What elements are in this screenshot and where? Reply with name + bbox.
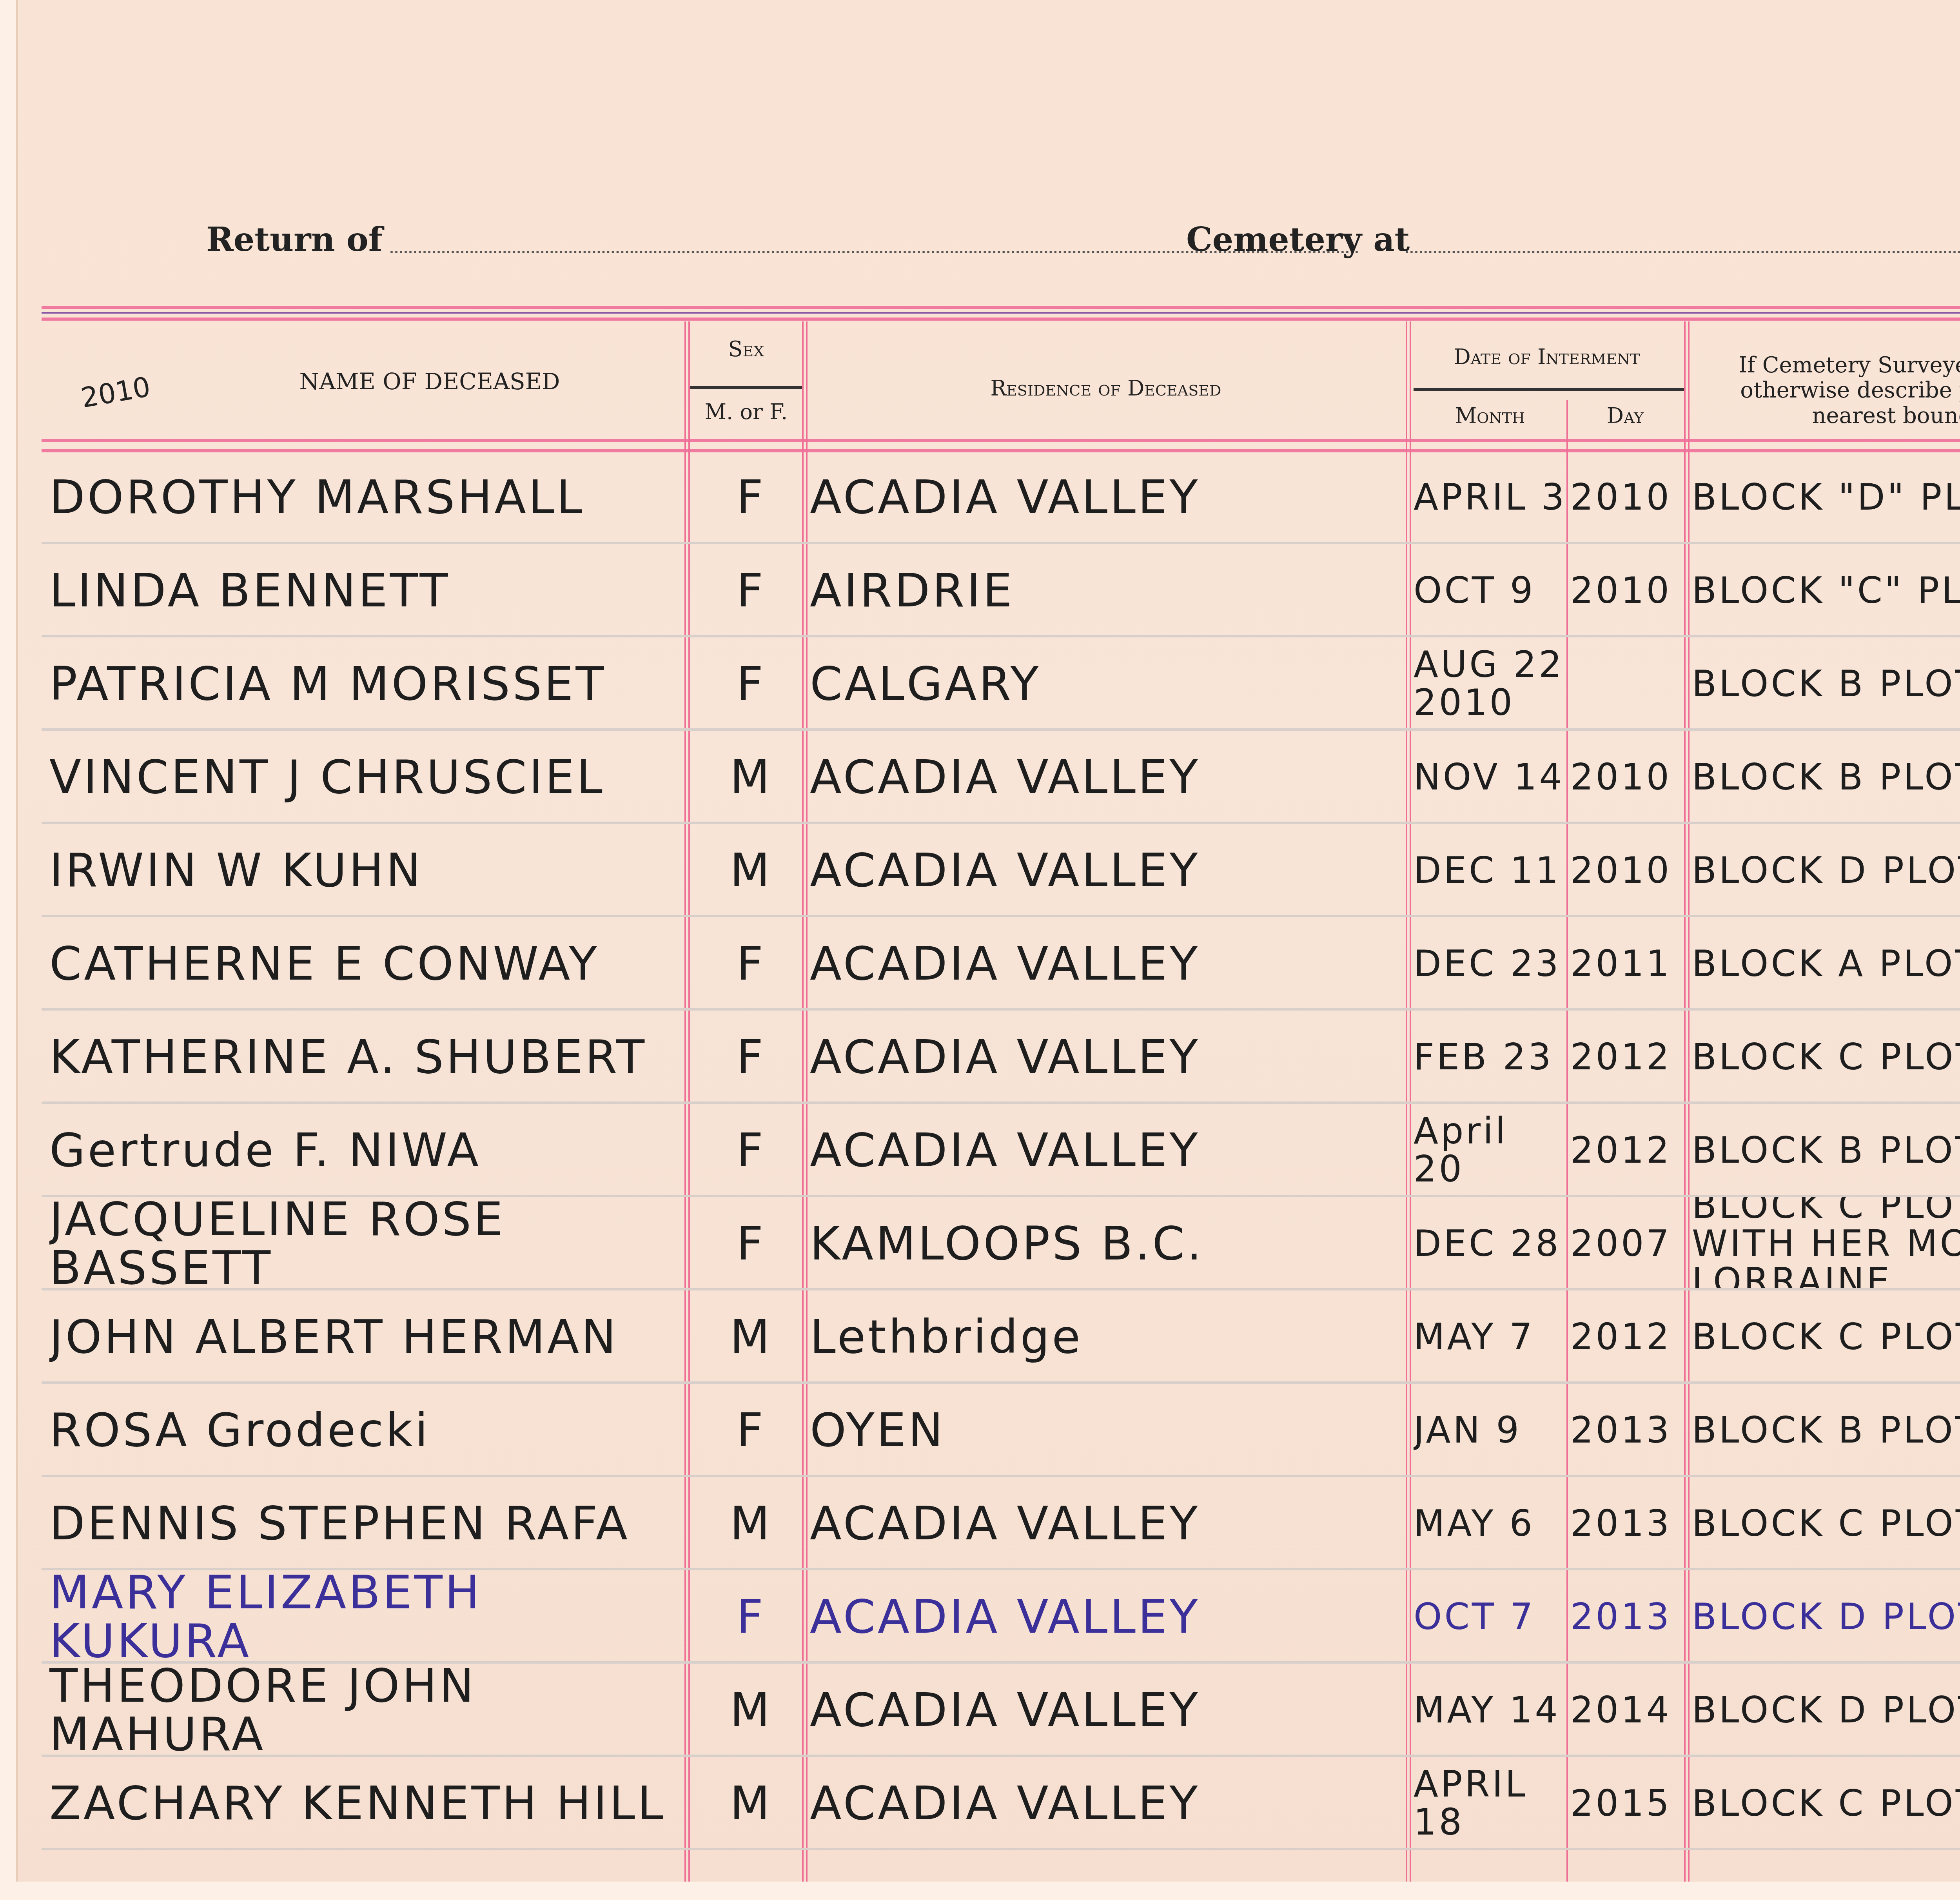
cell-residence: ACADIA VALLEY: [810, 451, 1406, 544]
cell-month: DEC 11: [1414, 824, 1570, 917]
cell-name: THEODORE JOHN MAHURA: [49, 1664, 692, 1757]
cell-name: CATHERNE E CONWAY: [49, 917, 692, 1011]
table-row: JOHN ALBERT HERMANMLethbridgeMAY 72012BL…: [42, 1290, 1960, 1384]
cell-residence: CALGARY: [810, 637, 1406, 731]
header-top-rule: [42, 306, 1960, 321]
cell-month: FEB 23: [1414, 1011, 1570, 1104]
cell-name: Gertrude F. NIWA: [49, 1104, 692, 1197]
cell-day: 2014: [1570, 1664, 1688, 1757]
cell-residence: Lethbridge: [810, 1290, 1406, 1384]
cell-sex: F: [692, 637, 810, 731]
cell-name: VINCENT J CHRUSCIEL: [49, 731, 692, 824]
table-row: Gertrude F. NIWAFACADIA VALLEYApril 2020…: [42, 1104, 1960, 1197]
cell-name: DOROTHY MARSHALL: [49, 451, 692, 544]
cell-sex: M: [692, 1477, 810, 1570]
title-cemetery-at: Cemetery at: [1186, 220, 1410, 259]
header-month: Month: [1414, 404, 1566, 428]
cell-month: DEC 28: [1414, 1197, 1570, 1290]
cell-lot: BLOCK C PLOT 24: [1692, 1477, 1960, 1570]
header-day: Day: [1570, 404, 1680, 428]
cell-month: April 20: [1414, 1104, 1570, 1197]
header-sex-sub: M. or F.: [690, 400, 802, 424]
header-bottom-rule: [42, 439, 1960, 452]
table-row: JACQUELINE ROSE BASSETTFKAMLOOPS B.C.DEC…: [42, 1197, 1960, 1290]
cell-residence: OYEN: [810, 1384, 1406, 1477]
cell-name: PATRICIA M MORISSET: [49, 637, 692, 731]
cell-sex: M: [692, 1757, 810, 1850]
cell-residence: ACADIA VALLEY: [810, 1104, 1406, 1197]
cell-name: DENNIS STEPHEN RAFA: [49, 1477, 692, 1570]
cell-month: APRIL 3: [1414, 451, 1570, 544]
header-date: Date of Interment: [1414, 345, 1680, 369]
cell-day: 2012: [1570, 1290, 1688, 1384]
cell-lot: BLOCK C PLOT 36 WITH HER MOTHER LORRAINE: [1692, 1197, 1960, 1290]
header-sex-rule: [690, 386, 802, 389]
cell-day: 2010: [1570, 824, 1688, 917]
cell-lot: BLOCK B PLOT 76: [1692, 637, 1960, 731]
cell-sex: F: [692, 544, 810, 637]
cell-lot: BLOCK A PLOT 81: [1692, 917, 1960, 1011]
cell-day: 2007: [1570, 1197, 1688, 1290]
cell-month: OCT 7: [1414, 1570, 1570, 1664]
cell-residence: ACADIA VALLEY: [810, 1757, 1406, 1850]
cell-lot: BLOCK B PLOT 92: [1692, 1384, 1960, 1477]
table-row: MARY ELIZABETH KUKURAFACADIA VALLEYOCT 7…: [42, 1570, 1960, 1664]
cell-name: KATHERINE A. SHUBERT: [49, 1011, 692, 1104]
table-row: KATHERINE A. SHUBERTFACADIA VALLEYFEB 23…: [42, 1011, 1960, 1104]
cell-name: JACQUELINE ROSE BASSETT: [49, 1197, 692, 1290]
cell-day: [1570, 637, 1688, 731]
cell-month: OCT 9: [1414, 544, 1570, 637]
header-sex: Sex: [690, 337, 802, 361]
cell-month: MAY 14: [1414, 1664, 1570, 1757]
cell-day: 2010: [1570, 544, 1688, 637]
table-row: DOROTHY MARSHALLFACADIA VALLEYAPRIL 3201…: [42, 451, 1960, 544]
table-row: THEODORE JOHN MAHURAMACADIA VALLEYMAY 14…: [42, 1664, 1960, 1757]
cell-residence: ACADIA VALLEY: [810, 1011, 1406, 1104]
header-date-rule: [1414, 388, 1684, 391]
cell-day: 2013: [1570, 1477, 1688, 1570]
cell-month: JAN 9: [1414, 1384, 1570, 1477]
cell-month: APRIL 18: [1414, 1757, 1570, 1850]
cell-lot: BLOCK D PLOT 18: [1692, 1570, 1960, 1664]
cell-sex: M: [692, 824, 810, 917]
cell-day: 2013: [1570, 1384, 1688, 1477]
cell-lot: BLOCK C PLOT 35: [1692, 1290, 1960, 1384]
table-row: VINCENT J CHRUSCIELMACADIA VALLEYNOV 142…: [42, 731, 1960, 824]
cell-lot: BLOCK "D" PLOT 23: [1692, 451, 1960, 544]
title-return-of: Return of: [206, 220, 383, 259]
table-row: ROSA GrodeckiFOYENJAN 92013BLOCK B PLOT …: [42, 1384, 1960, 1477]
cell-month: DEC 23: [1414, 917, 1570, 1011]
cell-month: NOV 14: [1414, 731, 1570, 824]
cell-residence: ACADIA VALLEY: [810, 1477, 1406, 1570]
cell-residence: KAMLOOPS B.C.: [810, 1197, 1406, 1290]
cell-day: 2012: [1570, 1011, 1688, 1104]
cell-sex: F: [692, 1384, 810, 1477]
cell-lot: BLOCK C PLOT 39: [1692, 1757, 1960, 1850]
cell-day: 2010: [1570, 731, 1688, 824]
cell-lot: BLOCK C PLOT 11: [1692, 1011, 1960, 1104]
cell-name: LINDA BENNETT: [49, 544, 692, 637]
header-lot: If Cemetery Surveyed State Number of Lot…: [1704, 353, 1960, 428]
cell-lot: BLOCK "C" PLOT 42: [1692, 544, 1960, 637]
header-residence: Residence of Deceased: [810, 376, 1402, 401]
table-row: ZACHARY KENNETH HILLMACADIA VALLEYAPRIL …: [42, 1757, 1960, 1850]
table-row: CATHERNE E CONWAYFACADIA VALLEYDEC 23201…: [42, 917, 1960, 1011]
cell-lot: BLOCK B PLOT 86: [1692, 731, 1960, 824]
cell-sex: F: [692, 1104, 810, 1197]
cell-sex: M: [692, 1290, 810, 1384]
cell-sex: F: [692, 917, 810, 1011]
year-note: 2010: [78, 370, 153, 414]
cell-lot: BLOCK D PLOT 37: [1692, 824, 1960, 917]
cell-residence: ACADIA VALLEY: [810, 1570, 1406, 1664]
cell-name: IRWIN W KUHN: [49, 824, 692, 917]
cell-month: MAY 6: [1414, 1477, 1570, 1570]
cell-day: 2015: [1570, 1757, 1688, 1850]
blank-line: [1406, 251, 1960, 253]
table-row: DENNIS STEPHEN RAFAMACADIA VALLEYMAY 620…: [42, 1477, 1960, 1570]
cell-residence: ACADIA VALLEY: [810, 1664, 1406, 1757]
table-row: LINDA BENNETTFAIRDRIEOCT 92010BLOCK "C" …: [42, 544, 1960, 637]
cell-sex: F: [692, 1197, 810, 1290]
cell-day: 2013: [1570, 1570, 1688, 1664]
cell-lot: BLOCK D PLOT 34: [1692, 1664, 1960, 1757]
table-row: IRWIN W KUHNMACADIA VALLEYDEC 112010BLOC…: [42, 824, 1960, 917]
cell-sex: M: [692, 1664, 810, 1757]
cell-name: ROSA Grodecki: [49, 1384, 692, 1477]
cell-lot: BLOCK B PLOT 74: [1692, 1104, 1960, 1197]
cell-residence: ACADIA VALLEY: [810, 731, 1406, 824]
cell-month: MAY 7: [1414, 1290, 1570, 1384]
ledger-page: Return of Cemetery at for Quarter ending…: [16, 0, 1960, 1882]
cell-day: 2012: [1570, 1104, 1688, 1197]
table-row: PATRICIA M MORISSETFCALGARYAUG 22 2010BL…: [42, 637, 1960, 731]
header-name: NAME OF DECEASED: [194, 368, 665, 395]
cell-sex: M: [692, 731, 810, 824]
cell-day: 2011: [1570, 917, 1688, 1011]
form-title: Return of Cemetery at for Quarter ending…: [206, 212, 1960, 259]
row-rule: [42, 1848, 1960, 1850]
cell-residence: ACADIA VALLEY: [810, 917, 1406, 1011]
cell-day: 2010: [1570, 451, 1688, 544]
cell-name: JOHN ALBERT HERMAN: [49, 1290, 692, 1384]
cell-month: AUG 22 2010: [1414, 637, 1570, 731]
cell-sex: F: [692, 1011, 810, 1104]
cell-residence: AIRDRIE: [810, 544, 1406, 637]
cell-name: ZACHARY KENNETH HILL: [49, 1757, 692, 1850]
cell-sex: F: [692, 451, 810, 544]
cell-sex: F: [692, 1570, 810, 1664]
cell-name: MARY ELIZABETH KUKURA: [49, 1570, 692, 1664]
cell-residence: ACADIA VALLEY: [810, 824, 1406, 917]
